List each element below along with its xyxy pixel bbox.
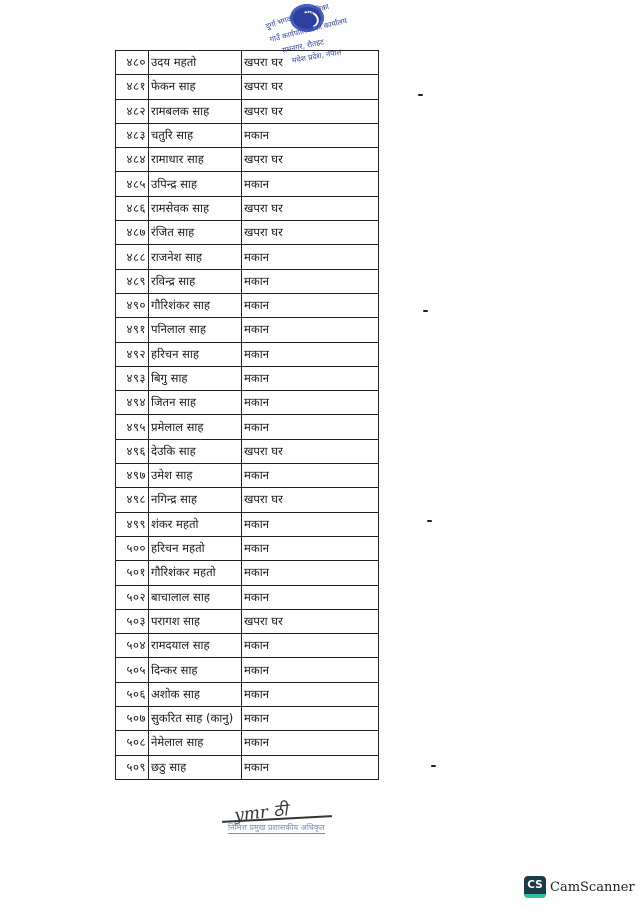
serial-number-cell: ४९३ bbox=[116, 366, 149, 390]
house-type-cell: खपरा घर bbox=[242, 51, 379, 75]
serial-number-cell: ५०४ bbox=[116, 634, 149, 658]
serial-number-cell: ४८६ bbox=[116, 196, 149, 220]
margin-mark bbox=[418, 94, 423, 96]
name-cell: रामदयाल साह bbox=[149, 634, 242, 658]
table-row: ४८१फेकन साहखपरा घर bbox=[116, 75, 379, 99]
table-row: ४९२हरिचन साहमकान bbox=[116, 342, 379, 366]
house-type-cell: मकान bbox=[242, 731, 379, 755]
house-type-cell: खपरा घर bbox=[242, 196, 379, 220]
table-row: ५०५दिन्कर साहमकान bbox=[116, 658, 379, 682]
table-row: ५०१गौरिशंकर महतोमकान bbox=[116, 561, 379, 585]
house-type-cell: मकान bbox=[242, 707, 379, 731]
table-row: ४८६रामसेवक साहखपरा घर bbox=[116, 196, 379, 220]
house-type-cell: मकान bbox=[242, 342, 379, 366]
house-type-cell: मकान bbox=[242, 318, 379, 342]
name-cell: बिगु साह bbox=[149, 366, 242, 390]
name-cell: रंजित साह bbox=[149, 221, 242, 245]
table-row: ५०३परागश साहखपरा घर bbox=[116, 609, 379, 633]
table-row: ४९०गौरिशंकर साहमकान bbox=[116, 293, 379, 317]
margin-mark bbox=[431, 765, 436, 767]
house-type-cell: खपरा घर bbox=[242, 99, 379, 123]
table-row: ४९३बिगु साहमकान bbox=[116, 366, 379, 390]
name-cell: चतुरि साह bbox=[149, 123, 242, 147]
serial-number-cell: ४९० bbox=[116, 293, 149, 317]
serial-number-cell: ५०० bbox=[116, 536, 149, 560]
name-cell: उदय महतो bbox=[149, 51, 242, 75]
house-type-cell: मकान bbox=[242, 561, 379, 585]
table-row: ४८८राजनेश साहमकान bbox=[116, 245, 379, 269]
house-type-cell: मकान bbox=[242, 293, 379, 317]
house-type-cell: मकान bbox=[242, 755, 379, 779]
serial-number-cell: ४८२ bbox=[116, 99, 149, 123]
house-type-cell: मकान bbox=[242, 658, 379, 682]
serial-number-cell: ४९१ bbox=[116, 318, 149, 342]
house-type-cell: खपरा घर bbox=[242, 609, 379, 633]
name-cell: फेकन साह bbox=[149, 75, 242, 99]
name-cell: परागश साह bbox=[149, 609, 242, 633]
serial-number-cell: ५०५ bbox=[116, 658, 149, 682]
house-type-cell: मकान bbox=[242, 536, 379, 560]
house-type-cell: मकान bbox=[242, 366, 379, 390]
name-cell: देउकि साह bbox=[149, 439, 242, 463]
house-type-cell: मकान bbox=[242, 682, 379, 706]
serial-number-cell: ४८० bbox=[116, 51, 149, 75]
serial-number-cell: ४९९ bbox=[116, 512, 149, 536]
house-type-cell: खपरा घर bbox=[242, 439, 379, 463]
table-row: ४९१पनिलाल साहमकान bbox=[116, 318, 379, 342]
margin-mark bbox=[423, 310, 428, 312]
beneficiary-table: ४८०उदय महतोखपरा घर४८१फेकन साहखपरा घर४८२र… bbox=[115, 50, 379, 780]
serial-number-cell: ४९६ bbox=[116, 439, 149, 463]
table-row: ४९४जितन साहमकान bbox=[116, 391, 379, 415]
name-cell: गौरिशंकर महतो bbox=[149, 561, 242, 585]
serial-number-cell: ४९४ bbox=[116, 391, 149, 415]
name-cell: प्रमेलाल साह bbox=[149, 415, 242, 439]
table-row: ५००हरिचन महतोमकान bbox=[116, 536, 379, 560]
house-type-cell: खपरा घर bbox=[242, 488, 379, 512]
serial-number-cell: ५०६ bbox=[116, 682, 149, 706]
name-cell: रविन्द्र साह bbox=[149, 269, 242, 293]
serial-number-cell: ४८४ bbox=[116, 148, 149, 172]
table-row: ५०६अशोक साहमकान bbox=[116, 682, 379, 706]
house-type-cell: मकान bbox=[242, 245, 379, 269]
serial-number-cell: ४९५ bbox=[116, 415, 149, 439]
name-cell: बाचालाल साह bbox=[149, 585, 242, 609]
table-row: ४९९शंकर महतोमकान bbox=[116, 512, 379, 536]
house-type-cell: मकान bbox=[242, 464, 379, 488]
house-type-cell: खपरा घर bbox=[242, 75, 379, 99]
house-type-cell: मकान bbox=[242, 634, 379, 658]
table-row: ४९५प्रमेलाल साहमकान bbox=[116, 415, 379, 439]
house-type-cell: मकान bbox=[242, 123, 379, 147]
name-cell: सुकरित साह (कानु) bbox=[149, 707, 242, 731]
table-row: ५०७सुकरित साह (कानु)मकान bbox=[116, 707, 379, 731]
table-row: ४८३चतुरि साहमकान bbox=[116, 123, 379, 147]
serial-number-cell: ४९७ bbox=[116, 464, 149, 488]
name-cell: रामसेवक साह bbox=[149, 196, 242, 220]
name-cell: उमेश साह bbox=[149, 464, 242, 488]
name-cell: हरिचन महतो bbox=[149, 536, 242, 560]
serial-number-cell: ४८९ bbox=[116, 269, 149, 293]
name-cell: पनिलाल साह bbox=[149, 318, 242, 342]
table-body: ४८०उदय महतोखपरा घर४८१फेकन साहखपरा घर४८२र… bbox=[116, 51, 379, 780]
table-row: ४८२रामबलक साहखपरा घर bbox=[116, 99, 379, 123]
serial-number-cell: ४८१ bbox=[116, 75, 149, 99]
name-cell: गौरिशंकर साह bbox=[149, 293, 242, 317]
serial-number-cell: ४८५ bbox=[116, 172, 149, 196]
house-type-cell: मकान bbox=[242, 415, 379, 439]
house-type-cell: मकान bbox=[242, 512, 379, 536]
name-cell: छठु साह bbox=[149, 755, 242, 779]
table-row: ४९७उमेश साहमकान bbox=[116, 464, 379, 488]
name-cell: शंकर महतो bbox=[149, 512, 242, 536]
table-row: ४९६देउकि साहखपरा घर bbox=[116, 439, 379, 463]
camscanner-logo-icon: CS bbox=[524, 876, 546, 898]
table-row: ४८०उदय महतोखपरा घर bbox=[116, 51, 379, 75]
table-row: ५०२बाचालाल साहमकान bbox=[116, 585, 379, 609]
camscanner-label: CamScanner bbox=[550, 880, 635, 895]
table-row: ५०८नेमेलाल साहमकान bbox=[116, 731, 379, 755]
serial-number-cell: ५०७ bbox=[116, 707, 149, 731]
house-type-cell: मकान bbox=[242, 269, 379, 293]
table-row: ५०४रामदयाल साहमकान bbox=[116, 634, 379, 658]
name-cell: दिन्कर साह bbox=[149, 658, 242, 682]
serial-number-cell: ४९८ bbox=[116, 488, 149, 512]
table-row: ४९८नगिन्द्र साहखपरा घर bbox=[116, 488, 379, 512]
serial-number-cell: ५०१ bbox=[116, 561, 149, 585]
house-type-cell: मकान bbox=[242, 172, 379, 196]
name-cell: राजनेश साह bbox=[149, 245, 242, 269]
serial-number-cell: ४८७ bbox=[116, 221, 149, 245]
table-row: ४८४रामाधार साहखपरा घर bbox=[116, 148, 379, 172]
name-cell: नेमेलाल साह bbox=[149, 731, 242, 755]
house-type-cell: खपरा घर bbox=[242, 221, 379, 245]
name-cell: नगिन्द्र साह bbox=[149, 488, 242, 512]
table-row: ४८७रंजित साहखपरा घर bbox=[116, 221, 379, 245]
name-cell: जितन साह bbox=[149, 391, 242, 415]
name-cell: उपिन्द्र साह bbox=[149, 172, 242, 196]
name-cell: रामाधार साह bbox=[149, 148, 242, 172]
serial-number-cell: ५०९ bbox=[116, 755, 149, 779]
serial-number-cell: ५०३ bbox=[116, 609, 149, 633]
house-type-cell: खपरा घर bbox=[242, 148, 379, 172]
camscanner-watermark: CS CamScanner bbox=[524, 876, 635, 898]
name-cell: अशोक साह bbox=[149, 682, 242, 706]
official-signature: ymr ठी निमित्त प्रमुख प्रशासकीय अधिकृत bbox=[222, 800, 342, 840]
scanned-document-page: दुर्गा भगवती गाउँपालिका गाउँ कार्यपालिका… bbox=[0, 0, 643, 910]
serial-number-cell: ५०२ bbox=[116, 585, 149, 609]
signature-stamp-text: निमित्त प्रमुख प्रशासकीय अधिकृत bbox=[228, 822, 325, 834]
table-row: ४८५उपिन्द्र साहमकान bbox=[116, 172, 379, 196]
serial-number-cell: ४८८ bbox=[116, 245, 149, 269]
name-cell: हरिचन साह bbox=[149, 342, 242, 366]
serial-number-cell: ४८३ bbox=[116, 123, 149, 147]
house-type-cell: मकान bbox=[242, 585, 379, 609]
serial-number-cell: ४९२ bbox=[116, 342, 149, 366]
margin-mark bbox=[427, 520, 432, 522]
house-type-cell: मकान bbox=[242, 391, 379, 415]
table-row: ४८९रविन्द्र साहमकान bbox=[116, 269, 379, 293]
table-row: ५०९छठु साहमकान bbox=[116, 755, 379, 779]
serial-number-cell: ५०८ bbox=[116, 731, 149, 755]
name-cell: रामबलक साह bbox=[149, 99, 242, 123]
